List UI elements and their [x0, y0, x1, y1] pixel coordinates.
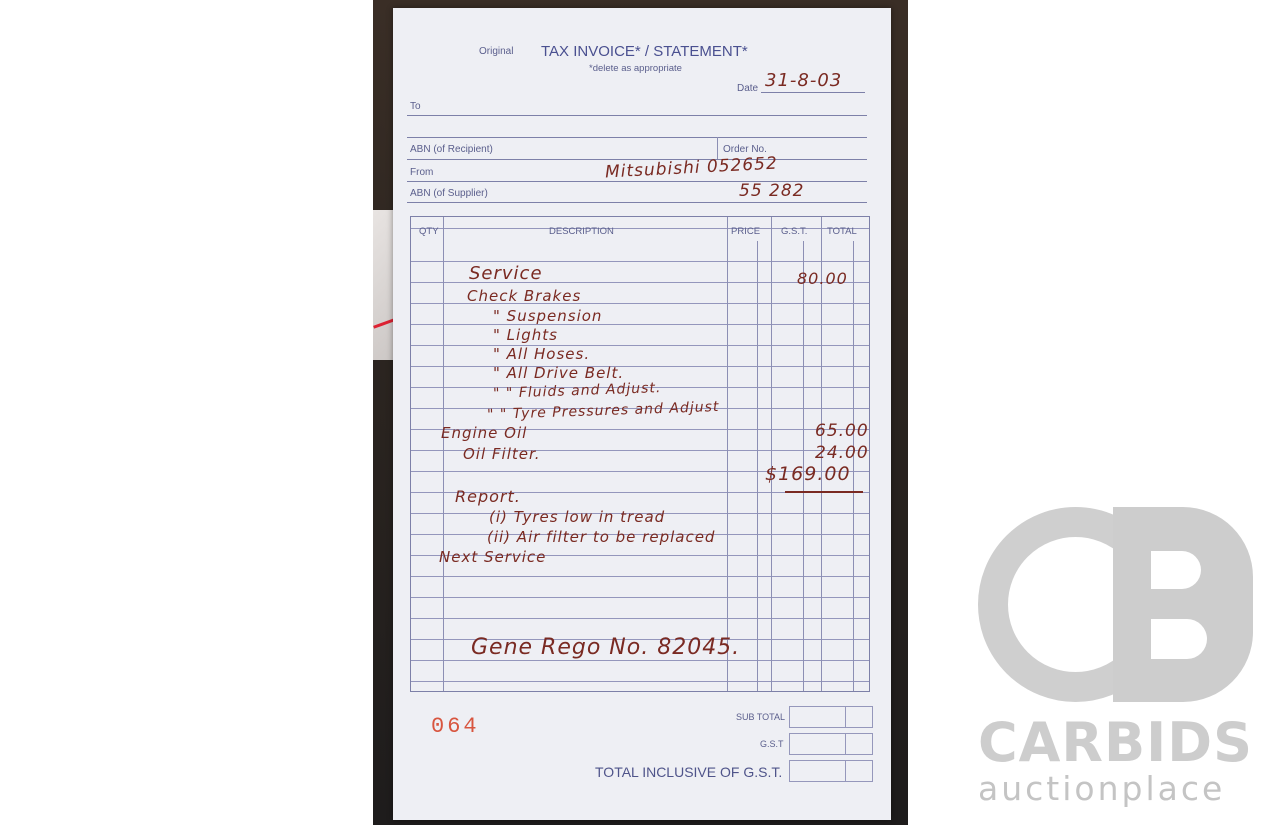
date-value: 31-8-03 — [765, 70, 842, 91]
report-item: (ii) Air filter to be replaced — [487, 528, 715, 546]
total-box — [789, 760, 873, 782]
brand-tagline: auctionplace — [978, 771, 1253, 807]
to-label: To — [410, 101, 421, 112]
item-description: " " Tyre Pressures and Adjust — [487, 399, 720, 423]
col-divider — [727, 217, 728, 691]
abn-supplier-label: ABN (of Supplier) — [410, 188, 488, 199]
carbids-watermark: CARBIDS auctionplace — [978, 507, 1253, 807]
to-line — [407, 115, 867, 116]
item-description: " Lights — [493, 326, 558, 344]
abn-recipient-label: ABN (of Recipient) — [410, 144, 493, 155]
to-line-2 — [407, 137, 867, 138]
report-item: Next Service — [439, 548, 546, 566]
col-divider — [771, 217, 772, 691]
item-description: " All Drive Belt. — [493, 364, 624, 382]
col-description: DESCRIPTION — [549, 226, 614, 237]
logo-b-shape — [1113, 507, 1253, 702]
from-value: Mitsubishi 052652 — [605, 153, 779, 182]
signature: Gene Rego No. 82045. — [471, 635, 740, 660]
item-description: Oil Filter. — [463, 445, 541, 463]
total-inclusive-label: TOTAL INCLUSIVE OF G.S.T. — [595, 764, 782, 780]
report-item: (i) Tyres low in tread — [489, 508, 665, 526]
invoice-paper: Original TAX INVOICE* / STATEMENT* *dele… — [393, 8, 891, 820]
copy-label: Original — [479, 46, 513, 57]
invoice-subtitle: *delete as appropriate — [589, 63, 682, 74]
item-description: Engine Oil — [441, 424, 527, 442]
col-gst: G.S.T. — [781, 226, 807, 237]
report-heading: Report. — [455, 487, 521, 506]
carbids-logo-icon — [978, 507, 1253, 707]
col-divider — [757, 241, 758, 691]
col-divider — [853, 241, 854, 691]
col-total: TOTAL — [827, 226, 857, 237]
item-description: " Suspension — [493, 307, 602, 325]
abn-supplier-value: 55 282 — [739, 181, 804, 201]
serial-number: 064 — [431, 714, 480, 739]
line-items-table: QTY DESCRIPTION PRICE G.S.T. TOTAL Servi… — [410, 216, 870, 692]
item-description: Service — [469, 263, 543, 284]
from-label: From — [410, 167, 433, 178]
abn-supplier-line — [407, 202, 867, 203]
date-label: Date — [737, 83, 758, 94]
item-total: 24.00 — [815, 443, 869, 463]
total-underline — [785, 491, 863, 493]
col-qty: QTY — [419, 226, 439, 237]
item-description: Check Brakes — [467, 287, 581, 305]
col-divider — [443, 217, 444, 691]
invoice-title: TAX INVOICE* / STATEMENT* — [541, 43, 748, 60]
subtotal-box — [789, 706, 873, 728]
subtotal-label: SUB TOTAL — [736, 712, 785, 722]
gst-label: G.S.T — [760, 739, 784, 749]
item-total: 65.00 — [815, 421, 869, 441]
grand-total: $169.00 — [765, 463, 851, 485]
date-line — [761, 92, 865, 93]
gst-box — [789, 733, 873, 755]
brand-name: CARBIDS — [978, 715, 1253, 771]
item-description: " " Fluids and Adjust. — [493, 380, 662, 402]
col-price: PRICE — [731, 226, 760, 237]
item-description: " All Hoses. — [493, 345, 590, 363]
item-total: 80.00 — [797, 269, 848, 288]
